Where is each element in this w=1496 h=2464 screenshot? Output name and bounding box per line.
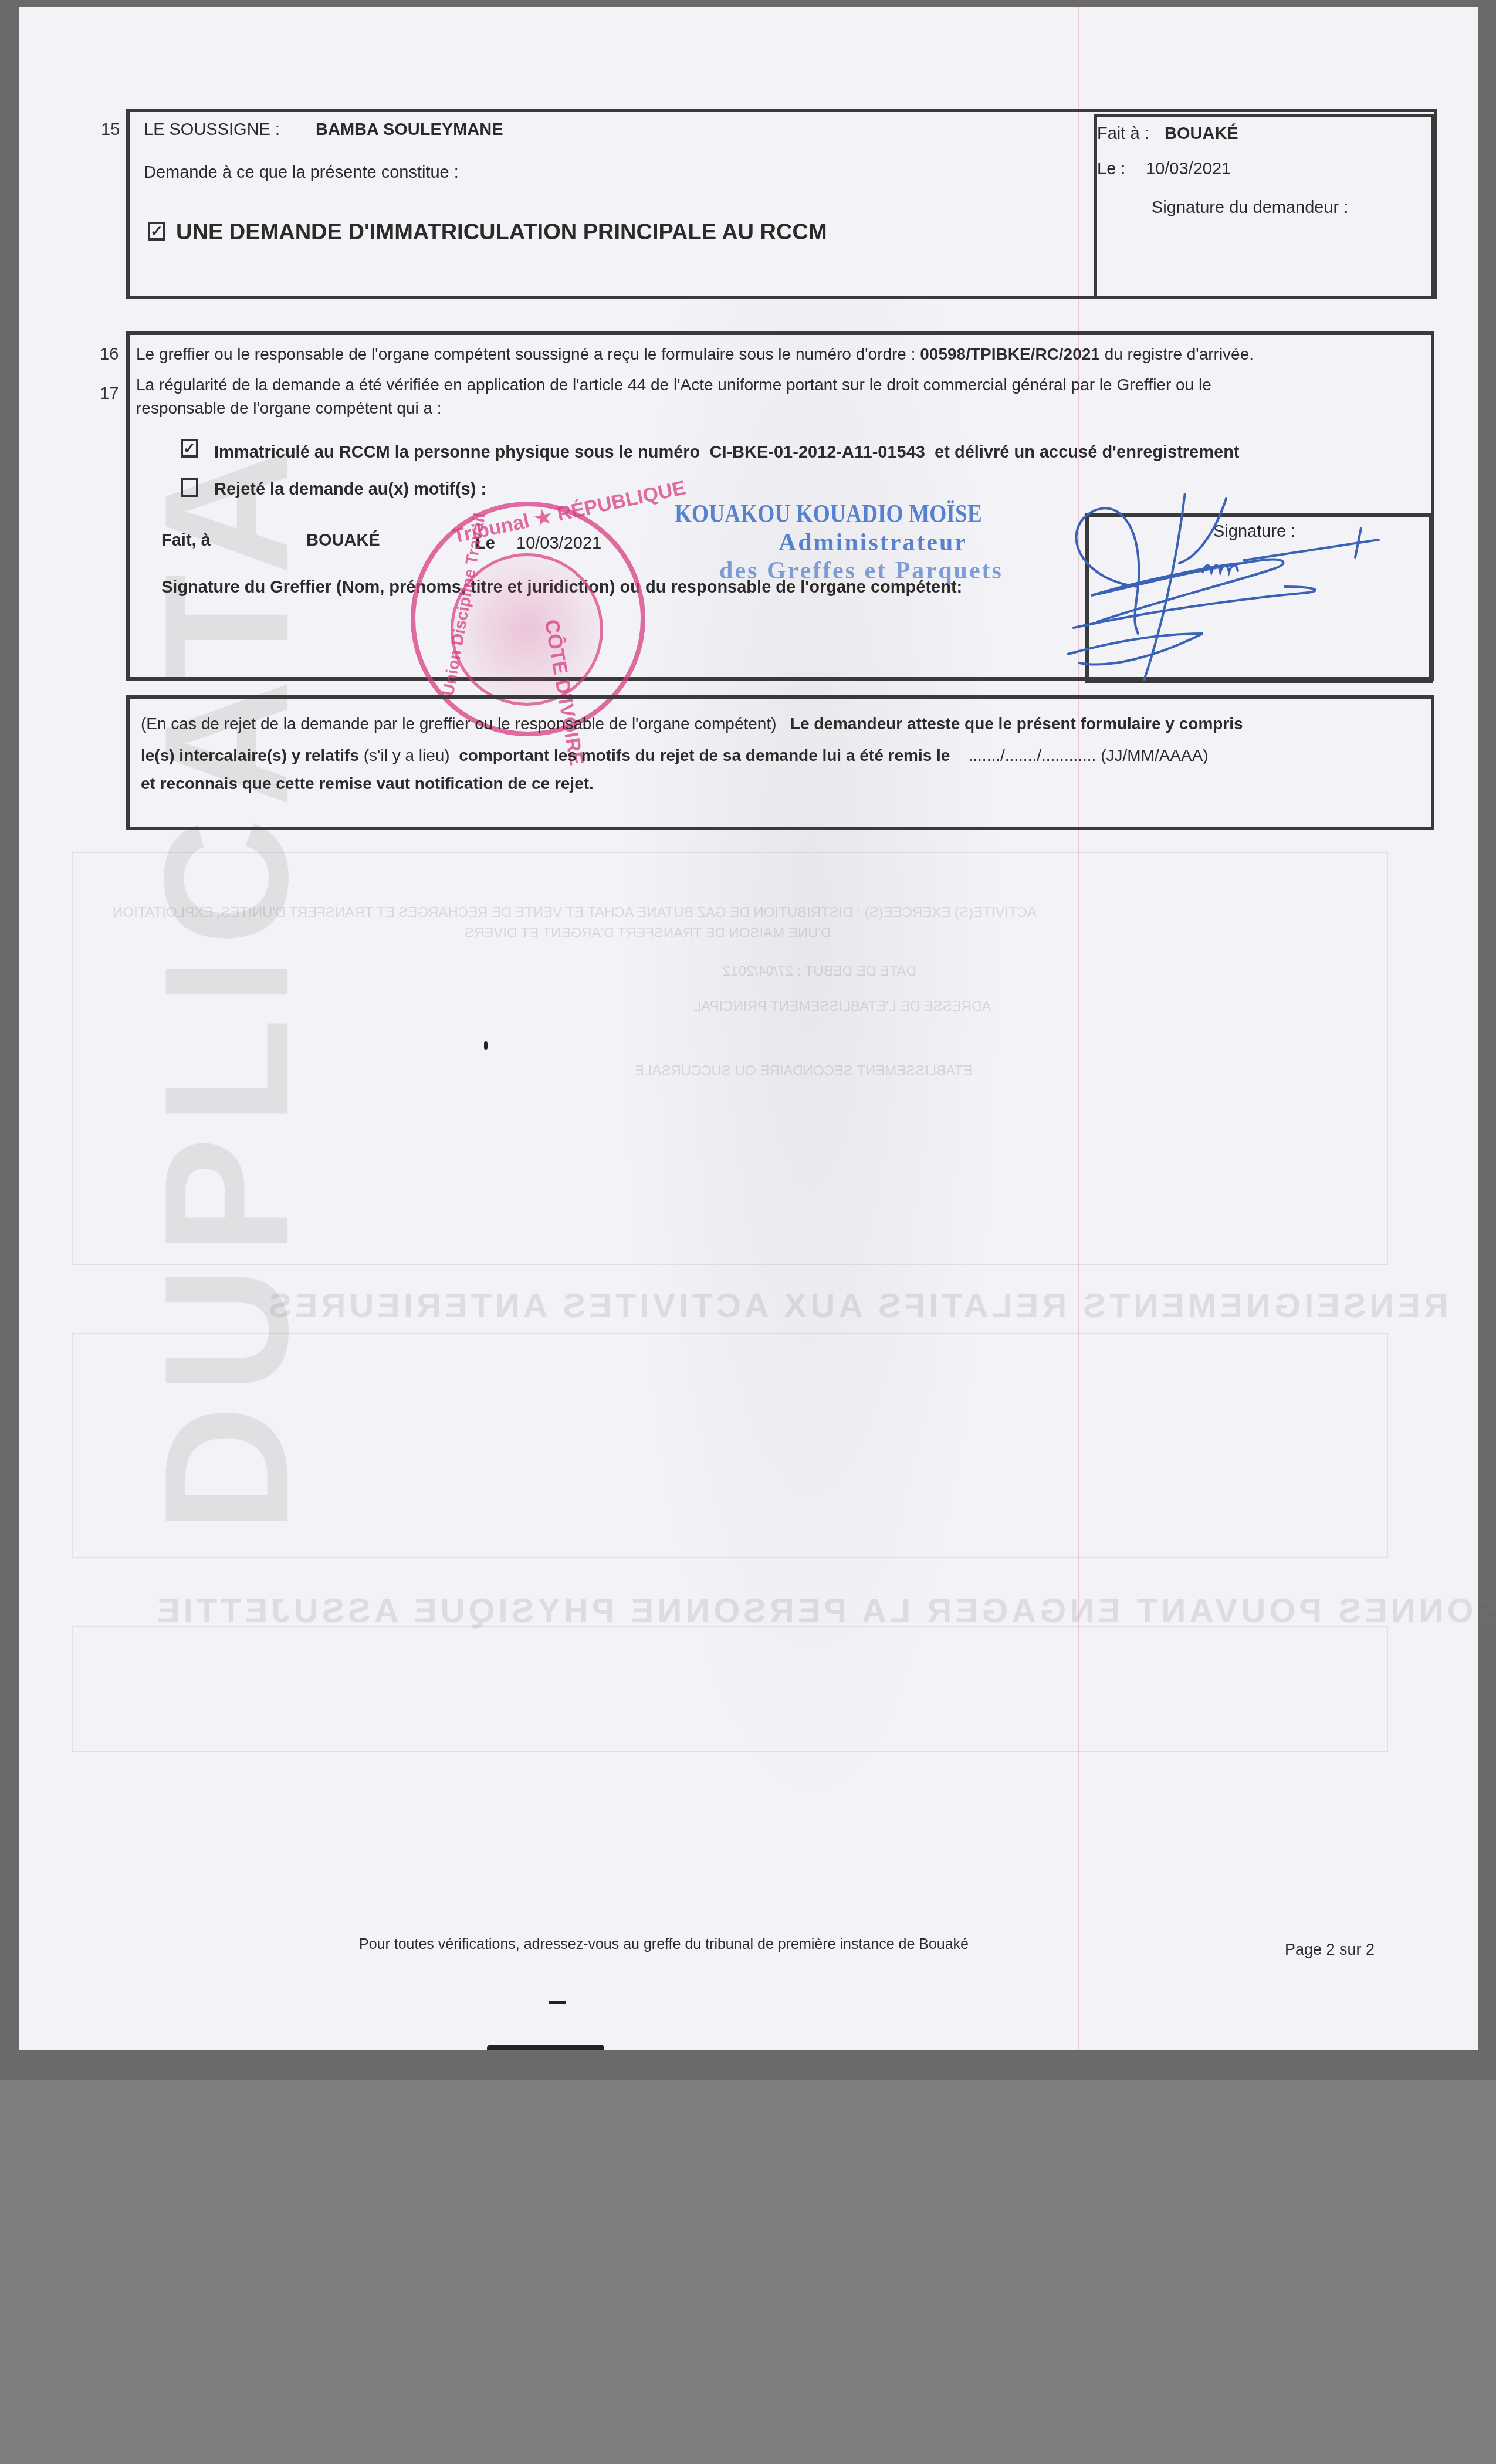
section-16-text: Le greffier ou le responsable de l'organ… — [136, 345, 1254, 364]
fait-label: Fait, à — [161, 531, 211, 550]
remise-date-field[interactable]: ......./......./............ — [969, 746, 1096, 764]
item-number: 15 — [101, 120, 120, 140]
ghost-heading: RENSEIGNEMENTS RELATIFS AUX ACTIVITES AN… — [265, 1286, 1448, 1325]
page-indicator: Page 2 sur 2 — [1285, 1941, 1375, 1959]
ghost-line: ETABLISSEMENT SECONDAIRE OU SUCCURSALE — [635, 1063, 972, 1079]
section-17-line2: responsable de l'organe compétent qui a … — [136, 399, 442, 418]
date-label: Le : — [1097, 160, 1125, 179]
administrator-stamp: KOUAKOU KOUADIO MOÏSE Administrateur des… — [675, 499, 1036, 585]
soussigne-label: LE SOUSSIGNE : — [144, 120, 280, 140]
rejection-line1: (En cas de rejet de la demande par le gr… — [141, 715, 1243, 733]
date-value: 10/03/2021 — [1146, 160, 1231, 179]
signature-label: Signature : — [1213, 522, 1295, 541]
scan-artifact — [487, 2045, 604, 2050]
ghost-line: D'UNE MAISON DE TRANSFERT D'ARGENT ET DI… — [465, 925, 831, 942]
rccm-number: CI-BKE-01-2012-A11-01543 — [709, 443, 925, 462]
scan-artifact — [549, 2001, 566, 2004]
section-17-line1: La régularité de la demande a été vérifi… — [136, 375, 1211, 394]
rejected-checkbox[interactable] — [181, 478, 198, 497]
fait-label: Fait à : — [1097, 124, 1149, 144]
item-number: 16 — [100, 345, 119, 364]
rejection-line2: le(s) intercalaire(s) y relatifs (s'il y… — [141, 746, 1209, 765]
registered-checkbox[interactable]: ✓ — [181, 439, 198, 458]
ghost-line: DATE DE DEBUT : 27/04/2012 — [723, 963, 916, 980]
demandeur-signature-label: Signature du demandeur : — [1152, 198, 1348, 218]
request-checkbox[interactable]: ✓ — [148, 222, 165, 241]
order-number: 00598/TPIBKE/RC/2021 — [920, 345, 1100, 363]
rejected-option: Rejeté la demande au(x) motif(s) : — [214, 480, 486, 499]
scan-artifact — [484, 1041, 488, 1050]
ghost-heading: AUTRES PERSONNES POUVANT ENGAGER LA PERS… — [154, 1591, 1496, 1630]
fait-value: BOUAKÉ — [1165, 124, 1238, 144]
request-label: UNE DEMANDE D'IMMATRICULATION PRINCIPALE… — [176, 220, 827, 245]
fait-value: BOUAKÉ — [306, 531, 380, 550]
ghost-line: ADRESSE DE L'ETABLISSEMENT PRINCIPAL — [693, 999, 991, 1015]
document-page: DUPLICATA RENSEIGNEMENTS RELATIFS AUX AC… — [19, 7, 1478, 2050]
registered-option: Immatriculé au RCCM la personne physique… — [214, 443, 1240, 462]
item-number: 17 — [100, 384, 119, 404]
ghost-table — [72, 1626, 1388, 1752]
rejection-line3: et reconnais que cette remise vaut notif… — [141, 774, 594, 793]
margin-line — [1078, 7, 1079, 2050]
soussigne-name: BAMBA SOULEYMANE — [316, 120, 503, 140]
request-intro: Demande à ce que la présente constitue : — [144, 163, 459, 182]
verification-note: Pour toutes vérifications, adressez-vous… — [359, 1936, 969, 1953]
